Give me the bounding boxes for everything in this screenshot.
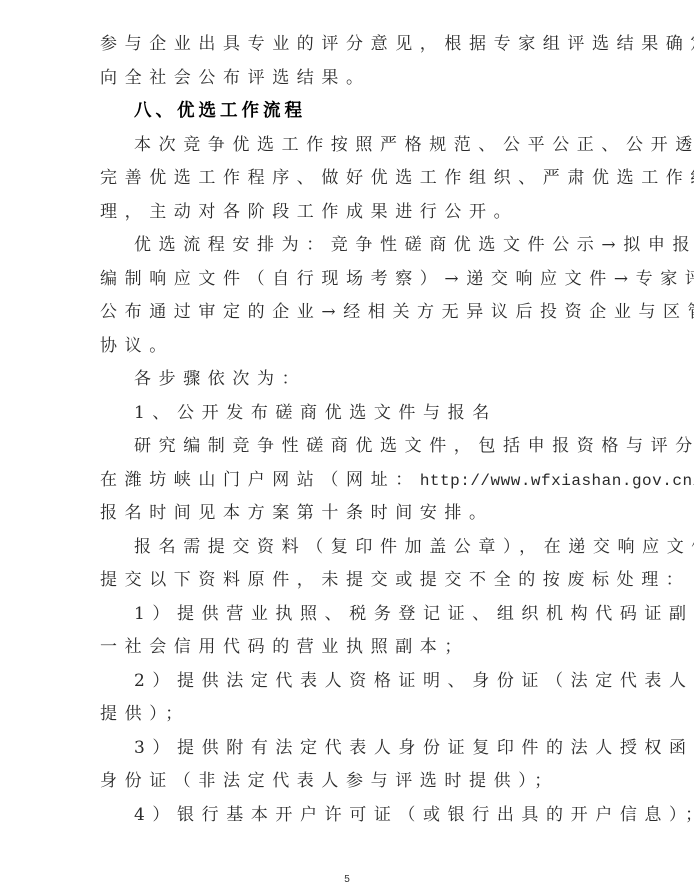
section-heading: 八、优选工作流程 — [100, 95, 598, 129]
paragraph-line: 参与企业出具专业的评分意见，根据专家组评选结果确定项目单位后 — [100, 28, 598, 62]
paragraph-line: 报名时间见本方案第十条时间安排。 — [100, 497, 598, 531]
paragraph-line: 报名需提交资料（复印件加盖公章），在递交响应文件时需同时 — [100, 531, 598, 565]
paragraph-line: 提交以下资料原件，未提交或提交不全的按废标处理： — [100, 564, 598, 598]
paragraph-line: 各步骤依次为： — [100, 363, 598, 397]
document-page: 参与企业出具专业的评分意见，根据专家组评选结果确定项目单位后 向全社会公布评选结… — [0, 0, 694, 894]
list-item-3: 3）提供附有法定代表人身份证复印件的法人授权函，被授权人 — [100, 732, 598, 766]
paragraph-line: 公布通过审定的企业→经相关方无异议后投资企业与区管委会签署 — [100, 296, 598, 330]
list-item-4: 4）银行基本开户许可证（或银行出具的开户信息）； — [100, 799, 598, 833]
website-url: http://www.wfxiashan.gov.cn/ — [420, 472, 694, 490]
paragraph-line: 优选流程安排为：竞争性磋商优选文件公示→拟申报企业报名→ — [100, 229, 598, 263]
line-text-before-url: 在潍坊峡山门户网站（网址： — [100, 470, 420, 490]
list-item-1: 1）提供营业执照、税务登记证、组织机构代码证副本或具有统 — [100, 598, 598, 632]
paragraph-line: 研究编制竞争性磋商优选文件，包括申报资格与评分标准，公开 — [100, 430, 598, 464]
list-item-2: 2）提供法定代表人资格证明、身份证（法定代表人参与评选时 — [100, 665, 598, 699]
paragraph-line: 完善优选工作程序、做好优选工作组织、严肃优选工作纪律和监督管 — [100, 162, 598, 196]
subsection-title: 1、公开发布磋商优选文件与报名 — [100, 397, 598, 431]
paragraph-line: 一社会信用代码的营业执照副本； — [100, 631, 598, 665]
paragraph-line: 提供）； — [100, 698, 598, 732]
paragraph-line: 理，主动对各阶段工作成果进行公开。 — [100, 196, 598, 230]
paragraph-line: 向全社会公布评选结果。 — [100, 62, 598, 96]
document-body: 参与企业出具专业的评分意见，根据专家组评选结果确定项目单位后 向全社会公布评选结… — [100, 28, 598, 832]
paragraph-line: 协议。 — [100, 330, 598, 364]
paragraph-line: 本次竞争优选工作按照严格规范、公平公正、公开透明的原则， — [100, 129, 598, 163]
paragraph-line: 身份证（非法定代表人参与评选时提供）； — [100, 765, 598, 799]
page-number: 5 — [0, 874, 694, 885]
paragraph-line-with-url: 在潍坊峡山门户网站（网址：http://www.wfxiashan.gov.cn… — [100, 464, 598, 498]
paragraph-line: 编制响应文件（自行现场考察）→递交响应文件→专家评审→优选→ — [100, 263, 598, 297]
